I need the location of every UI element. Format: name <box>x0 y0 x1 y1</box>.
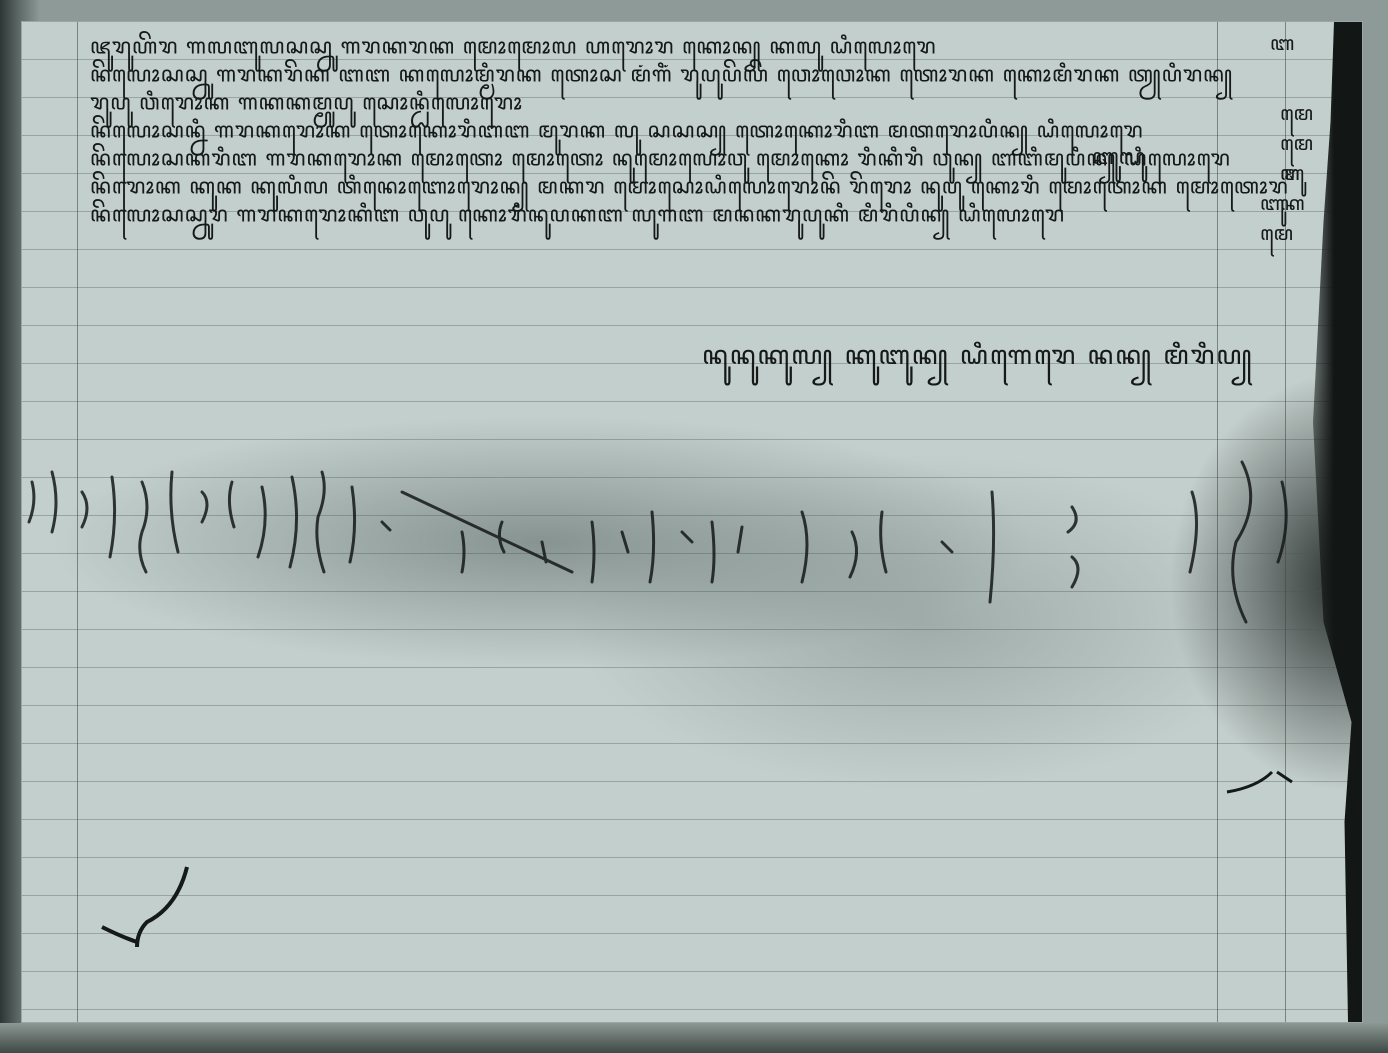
text-line: ꦤꦼꦭꦺꦴꦱꦏꦫꦶꦧ ꦒꦫꦏꦫꦺꦴꦏ ꦩꦺꦴꦠꦺꦴ ꦩꦺꦴꦠꦺꦴ ꦤꦸꦩꦺꦴꦭꦺ… <box>90 144 1250 172</box>
signature-line: ꦤꦸꦤꦸꦏꦸꦭ꧀ ꦏꦸꦧꦸꦤ꧀ ꦝꦶꦒꦺꦫꦺ ꦤꦤ꧀ ꦩꦶꦫꦶꦥ꧀ <box>702 335 1254 388</box>
text-line: ꦤꦼꦭꦺꦴꦱꦱ꧀ꦤꦸꦫ ꦒꦫꦏꦫꦺꦴꦏꦶꦧ ꦮꦸꦥꦸ ꦏꦺꦴꦫꦶꦤꦸꦥꦏꦧ ꦭꦸ… <box>90 200 1250 228</box>
photo-bottom-edge <box>0 1023 1388 1053</box>
text-line: ꦗꦸꦫꦸꦲꦼꦫ ꦒꦭꦧꦸꦭꦱꦱ꧀ꦤꦸ ꦒꦫꦏꦫꦏ ꦩꦺꦴꦩꦺꦴꦭ ꦲꦫꦺꦴꦫ ꦏ… <box>90 32 1250 60</box>
margin-note: ꦧ <box>1270 28 1320 58</box>
water-damaged-band <box>22 452 1322 632</box>
text-line: ꦫꦸꦥꦸ ꦮꦶꦫꦺꦴꦏ ꦒꦏꦏꦩ꧀ꦩꦸꦥꦸ ꦱꦺꦴꦤ꧀ꦝꦶꦭꦺꦴꦫꦺꦴ <box>90 88 1250 116</box>
manuscript-page: ꦗꦸꦫꦸꦲꦼꦫ ꦒꦭꦧꦸꦭꦱꦱ꧀ꦤꦸ ꦒꦫꦏꦫꦏ ꦩꦺꦴꦩꦺꦴꦭ ꦲꦫꦺꦴꦫ ꦏ… <box>22 22 1362 1022</box>
manuscript-text: ꦗꦸꦫꦸꦲꦼꦫ ꦒꦭꦧꦸꦭꦱꦱ꧀ꦤꦸ ꦒꦫꦏꦫꦏ ꦩꦺꦴꦩꦺꦴꦭ ꦲꦫꦺꦴꦫ ꦏ… <box>90 32 1250 228</box>
margin-note: ꦩꦺ ꦧꦸ <box>1280 128 1320 158</box>
margin-note: ꦩꦺ <box>1280 98 1320 128</box>
side-mark: ꦧꦸꦭꦸ <box>1092 140 1145 185</box>
margin-notes: ꦧ ꦩꦺ ꦩꦺ ꦧꦸ ꦩꦏ ꦧꦸ ꦩꦺ <box>1240 28 1320 218</box>
text-line: ꦤꦼꦭꦺꦴꦱꦤ꧀ꦤꦶ ꦒꦫꦏꦫꦺꦴꦏ ꦠꦺꦴꦏꦺꦴꦫꦶꦧꦧ ꦩꦸꦫꦏ ꦭꦸ ꦱꦱ… <box>90 116 1250 144</box>
faded-script-marks <box>22 452 1322 632</box>
crack-mark <box>1222 762 1302 802</box>
text-line: ꦤꦼꦭꦺꦴꦱꦱ꧀ꦤꦸ ꦒꦫꦏꦫꦼꦏ ꦧꦧ ꦏꦭꦺꦴꦩ꧀ꦩꦶꦫꦏ ꦠꦺꦴꦱ ꦩꦁꦒ… <box>90 60 1250 88</box>
text-line: ꦤꦼꦫꦺꦴꦏ ꦏꦸꦏ ꦏꦸꦭꦶꦭ ꦠꦶꦤꦺꦴꦧꦺꦴꦫꦺꦴꦤ꧀ ꦩꦏꦫ ꦩꦺꦴꦱꦺ… <box>90 172 1250 200</box>
crack-mark <box>92 862 212 962</box>
